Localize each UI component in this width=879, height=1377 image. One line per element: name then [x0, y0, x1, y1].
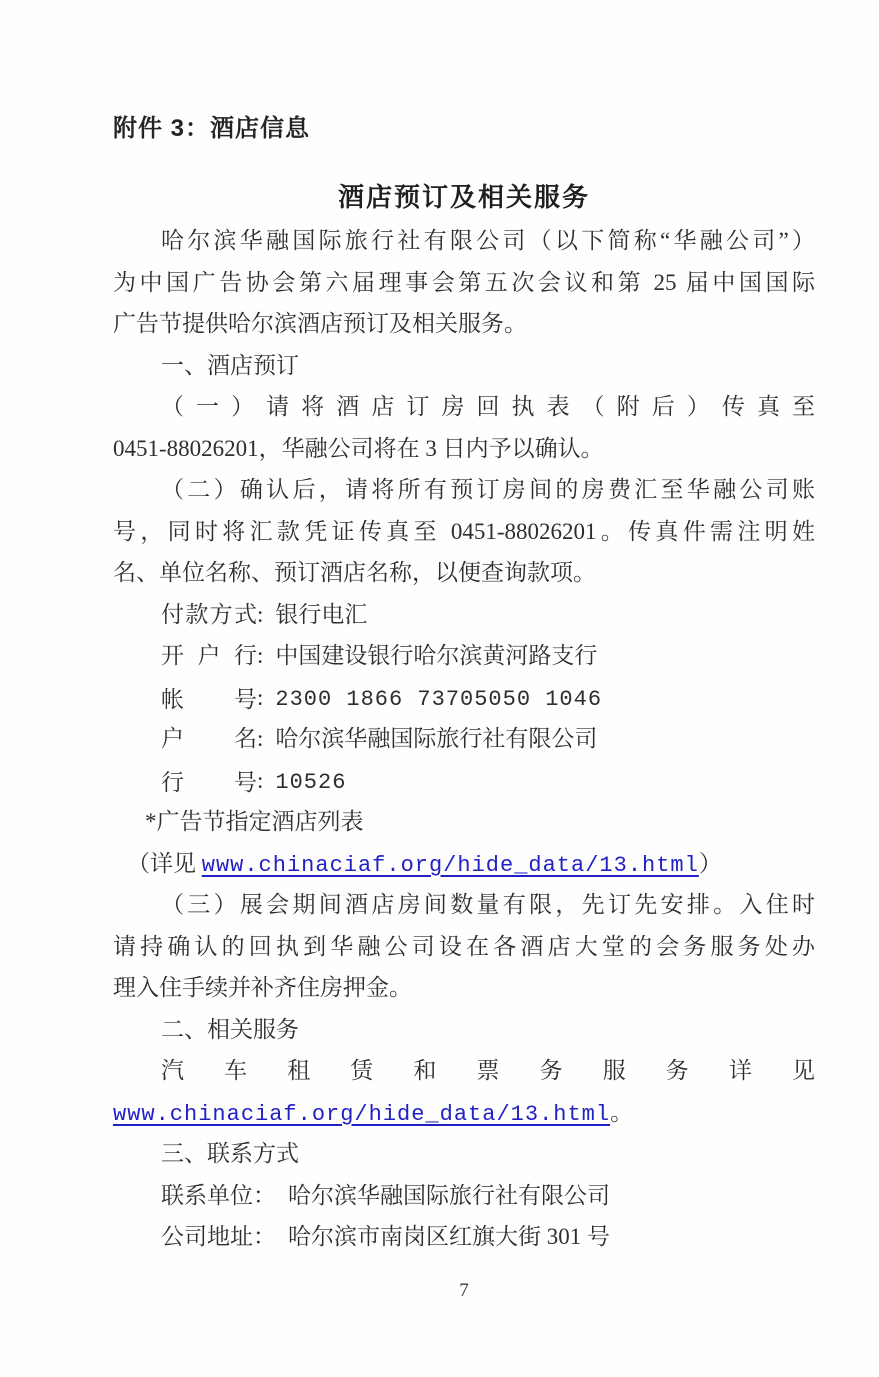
intro-line-3: 广告节提供哈尔滨酒店预订及相关服务。	[113, 303, 815, 345]
bank-colon: :	[257, 643, 263, 668]
payment-row-branch: 行号:10526	[113, 760, 815, 802]
account-holder-label: 户名	[161, 718, 257, 760]
contact-unit-label: 联系单位：	[161, 1183, 276, 1208]
section2-heading: 二、相关服务	[113, 1009, 815, 1051]
payment-row-holder: 户名:哈尔滨华融国际旅行社有限公司	[113, 718, 815, 760]
contact-unit-line: 联系单位：哈尔滨华融国际旅行社有限公司	[113, 1175, 815, 1217]
hotel-list-link-prefix: （详见	[127, 851, 202, 876]
company-address-label: 公司地址：	[161, 1224, 276, 1249]
hotel-list-link-suffix: ）	[699, 851, 722, 876]
section1-item3-line-3: 理入住手续并补齐住房押金。	[113, 967, 815, 1009]
branch-number-value: 10526	[275, 770, 346, 795]
document-page: 附件 3：酒店信息 酒店预订及相关服务 哈尔滨华融国际旅行社有限公司（以下简称“…	[0, 0, 879, 1377]
section1-item2-line-1: （二）确认后，请将所有预订房间的房费汇至华融公司账	[113, 469, 815, 511]
attachment-heading: 附件 3：酒店信息	[113, 112, 815, 146]
section1-item3-line-1: （三）展会期间酒店房间数量有限，先订先安排。入住时	[113, 884, 815, 926]
section1-item1-line-2: 0451-88026201，华融公司将在 3 日内予以确认。	[113, 428, 815, 470]
section2-link-line: www.chinaciaf.org/hide_data/13.html。	[113, 1092, 815, 1134]
company-address-line: 公司地址：哈尔滨市南岗区红旗大街 301 号	[113, 1216, 815, 1258]
section1-item2-line-3: 名、单位名称、预订酒店名称，以便查询款项。	[113, 552, 815, 594]
payment-row-bank: 开户行:中国建设银行哈尔滨黄河路支行	[113, 635, 815, 677]
services-link[interactable]: www.chinaciaf.org/hide_data/13.html	[113, 1102, 610, 1127]
account-number-value: 2300 1866 73705050 1046	[275, 687, 602, 712]
intro-line-1: 哈尔滨华融国际旅行社有限公司（以下简称“华融公司”）	[113, 220, 815, 262]
intro-line-2: 为中国广告协会第六届理事会第五次会议和第 25 届中国国际	[113, 262, 815, 304]
payment-method-label: 付款方式	[161, 594, 257, 636]
payment-method-value: 银行电汇	[275, 602, 367, 627]
bank-label: 开户行	[161, 635, 257, 677]
page-number: 7	[113, 1278, 815, 1304]
document-title: 酒店预订及相关服务	[113, 174, 815, 220]
contact-unit-value: 哈尔滨华融国际旅行社有限公司	[288, 1183, 610, 1208]
section1-heading: 一、酒店预订	[113, 345, 815, 387]
section2-line-1: 汽车租赁和票务服务详见	[113, 1050, 815, 1092]
services-link-suffix: 。	[610, 1100, 633, 1125]
branch-number-label: 行号	[161, 762, 257, 804]
account-holder-value: 哈尔滨华融国际旅行社有限公司	[275, 726, 597, 751]
hotel-list-link[interactable]: www.chinaciaf.org/hide_data/13.html	[202, 853, 699, 878]
section1-item2-line-2: 号，同时将汇款凭证传真至 0451-88026201。传真件需注明姓	[113, 511, 815, 553]
bank-value: 中国建设银行哈尔滨黄河路支行	[275, 643, 597, 668]
section1-item1-line-1: （一）请将酒店订房回执表（附后）传真至	[113, 386, 815, 428]
account-number-label: 帐号	[161, 679, 257, 721]
branch-number-colon: :	[257, 768, 263, 793]
hotel-list-note: *广告节指定酒店列表	[113, 801, 815, 843]
account-holder-colon: :	[257, 726, 263, 751]
payment-row-account: 帐号:2300 1866 73705050 1046	[113, 677, 815, 719]
payment-method-colon: :	[257, 602, 263, 627]
payment-row-method: 付款方式:银行电汇	[113, 594, 815, 636]
company-address-value: 哈尔滨市南岗区红旗大街 301 号	[288, 1224, 610, 1249]
account-number-colon: :	[257, 685, 263, 710]
document-body: 哈尔滨华融国际旅行社有限公司（以下简称“华融公司”） 为中国广告协会第六届理事会…	[113, 220, 815, 1258]
hotel-list-link-line: （详见 www.chinaciaf.org/hide_data/13.html）	[113, 843, 815, 885]
section3-heading: 三、联系方式	[113, 1133, 815, 1175]
section1-item3-line-2: 请持确认的回执到华融公司设在各酒店大堂的会务服务处办	[113, 926, 815, 968]
